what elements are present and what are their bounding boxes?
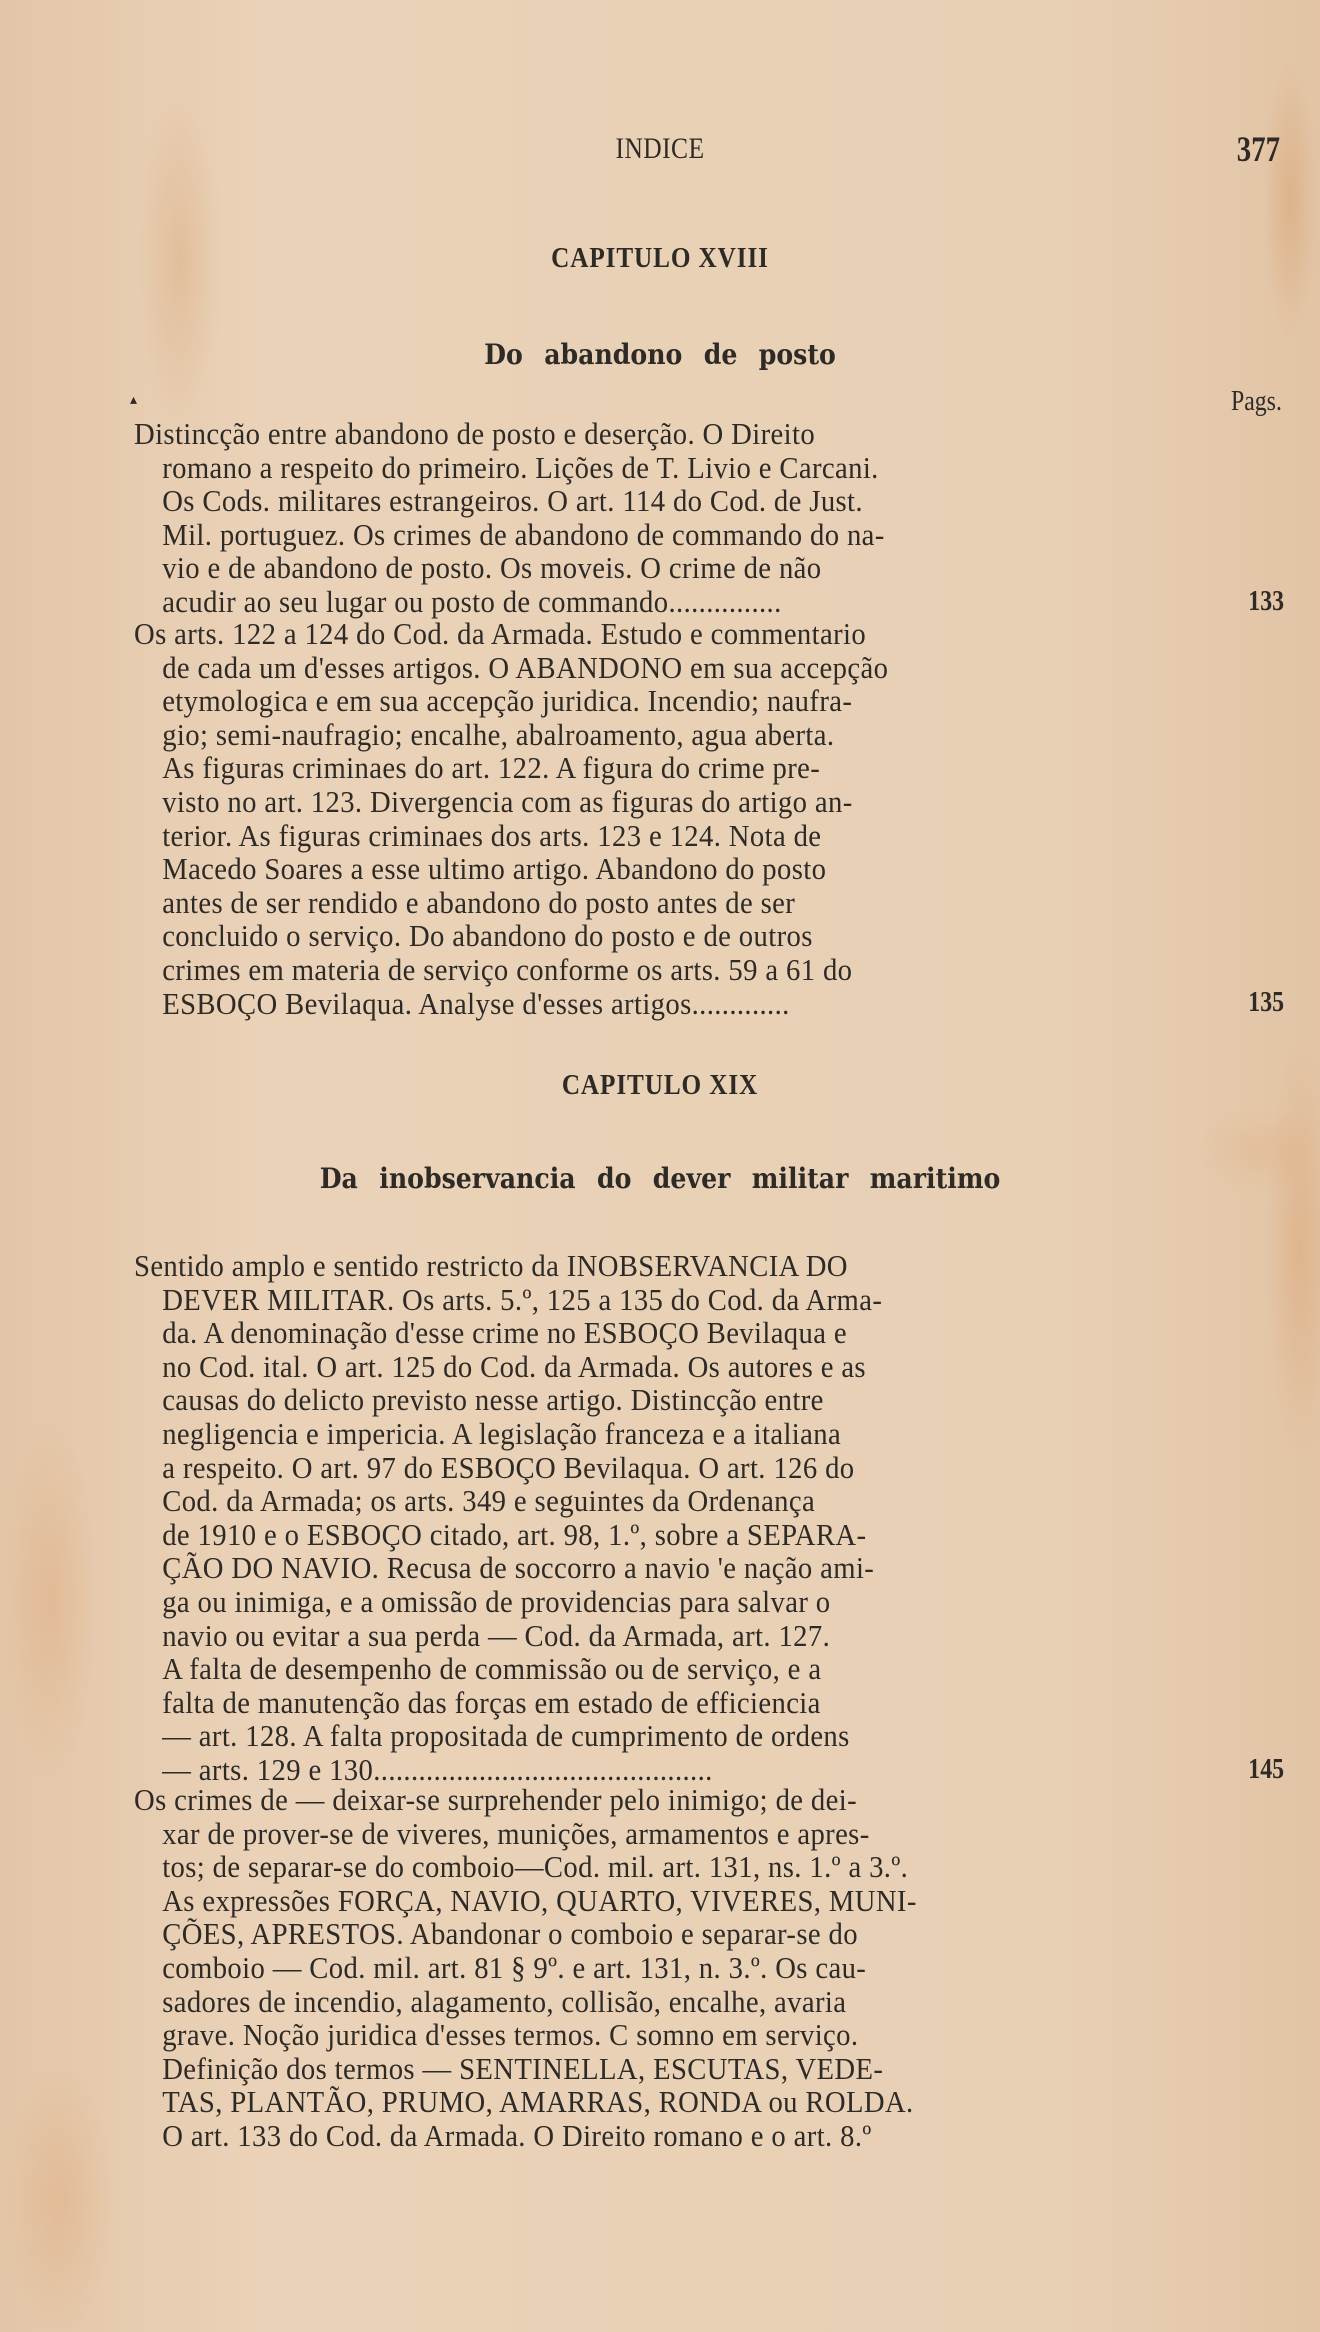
entry-line: ÇÃO DO NAVIO. Recusa de soccorro a navio… [134, 1552, 1130, 1586]
entry-line: DEVER MILITAR. Os arts. 5.º, 125 a 135 d… [134, 1284, 1130, 1318]
entry-line: ga ou inimiga, e a omissão de providenci… [134, 1586, 1130, 1620]
entry-line: Definição dos termos — SENTINELLA, ESCUT… [134, 2053, 1130, 2087]
entry-line: acudir ao seu lugar ou posto de commando… [134, 586, 1130, 620]
entry-page-number: 133 [1248, 586, 1284, 618]
entry-line: sadores de incendio, alagamento, collisã… [134, 1986, 1130, 2020]
entry-line: concluido o serviço. Do abandono do post… [134, 920, 1130, 954]
entry-line: negligencia e impericia. A legislação fr… [134, 1418, 1130, 1452]
entry-line: gio; semi-naufragio; encalhe, abalroamen… [134, 719, 1130, 753]
entry-line: Distincção entre abandono de posto e des… [134, 418, 1130, 452]
entry-line: As figuras criminaes do art. 122. A figu… [134, 752, 1130, 786]
entry-line: Mil. portuguez. Os crimes de abandono de… [134, 519, 1130, 553]
entry-line: etymologica e em sua accepção juridica. … [134, 685, 1130, 719]
entry-line: terior. As figuras criminaes dos arts. 1… [134, 820, 1130, 854]
entry-line: romano a respeito do primeiro. Lições de… [134, 452, 1130, 486]
chapter-title: CAPITULO XVIII [66, 243, 1254, 275]
entry-line: visto no art. 123. Divergencia com as fi… [134, 786, 1130, 820]
entry-line: da. A denominação d'esse crime no ESBOÇO… [134, 1317, 1130, 1351]
chapter-subtitle: Do abandono de posto [66, 338, 1254, 371]
entry-line: ÇÕES, APRESTOS. Abandonar o comboio e se… [134, 1918, 1130, 1952]
entry-line: Sentido amplo e sentido restricto da INO… [134, 1250, 1130, 1284]
entry-line: vio e de abandono de posto. Os moveis. O… [134, 552, 1130, 586]
index-entry: Os arts. 122 a 124 do Cod. da Armada. Es… [134, 618, 1284, 1021]
entry-line: A falta de desempenho de commissão ou de… [134, 1653, 1130, 1687]
index-entry: Os crimes de — deixar-se surprehender pe… [134, 1784, 1284, 2154]
entry-line: causas do delicto previsto nesse artigo.… [134, 1384, 1130, 1418]
page-number: 377 [1237, 128, 1280, 170]
entry-line: falta de manutenção das forças em estado… [134, 1687, 1130, 1721]
chapter-title: CAPITULO XIX [66, 1070, 1254, 1102]
entry-line: a respeito. O art. 97 do ESBOÇO Bevilaqu… [134, 1452, 1130, 1486]
entry-line: crimes em materia de serviço conforme os… [134, 954, 1130, 988]
entry-line: Os Cods. militares estrangeiros. O art. … [134, 485, 1130, 519]
entry-line: navio ou evitar a sua perda — Cod. da Ar… [134, 1620, 1130, 1654]
entry-line: grave. Noção juridica d'esses termos. C … [134, 2019, 1130, 2053]
stray-mark: ▴ [130, 392, 137, 409]
entry-line: tos; de separar-se do comboio—Cod. mil. … [134, 1851, 1130, 1885]
running-head-title: INDICE [99, 132, 1221, 166]
entry-line: ESBOÇO Bevilaqua. Analyse d'esses artigo… [134, 988, 1130, 1022]
entry-line: As expressões FORÇA, NAVIO, QUARTO, VIVE… [134, 1885, 1130, 1919]
entry-line: no Cod. ital. O art. 125 do Cod. da Arma… [134, 1351, 1130, 1385]
entry-page-number: 145 [1248, 1754, 1284, 1786]
entry-line: comboio — Cod. mil. art. 81 § 9º. e art.… [134, 1952, 1130, 1986]
pages-column-label: Pags. [1231, 386, 1282, 418]
entry-line: Macedo Soares a esse ultimo artigo. Aban… [134, 853, 1130, 887]
index-entry: Distincção entre abandono de posto e des… [134, 418, 1284, 620]
entry-line: Os crimes de — deixar-se surprehender pe… [134, 1784, 1130, 1818]
index-entry: Sentido amplo e sentido restricto da INO… [134, 1250, 1284, 1788]
entry-line: Cod. da Armada; os arts. 349 e seguintes… [134, 1485, 1130, 1519]
entry-line: antes de ser rendido e abandono do posto… [134, 887, 1130, 921]
entry-page-number: 135 [1248, 987, 1284, 1019]
chapter-subtitle: Da inobservancia do dever militar mariti… [66, 1162, 1254, 1195]
entry-line: de cada um d'esses artigos. O ABANDONO e… [134, 652, 1130, 686]
entry-line: Os arts. 122 a 124 do Cod. da Armada. Es… [134, 618, 1130, 652]
running-head: INDICE 377 [0, 128, 1320, 168]
entry-line: TAS, PLANTÃO, PRUMO, AMARRAS, RONDA ou R… [134, 2086, 1130, 2120]
entry-line: O art. 133 do Cod. da Armada. O Direito … [134, 2120, 1130, 2154]
entry-line: de 1910 e o ESBOÇO citado, art. 98, 1.º,… [134, 1519, 1130, 1553]
entry-line: xar de prover-se de viveres, munições, a… [134, 1818, 1130, 1852]
entry-line: — art. 128. A falta propositada de cumpr… [134, 1720, 1130, 1754]
